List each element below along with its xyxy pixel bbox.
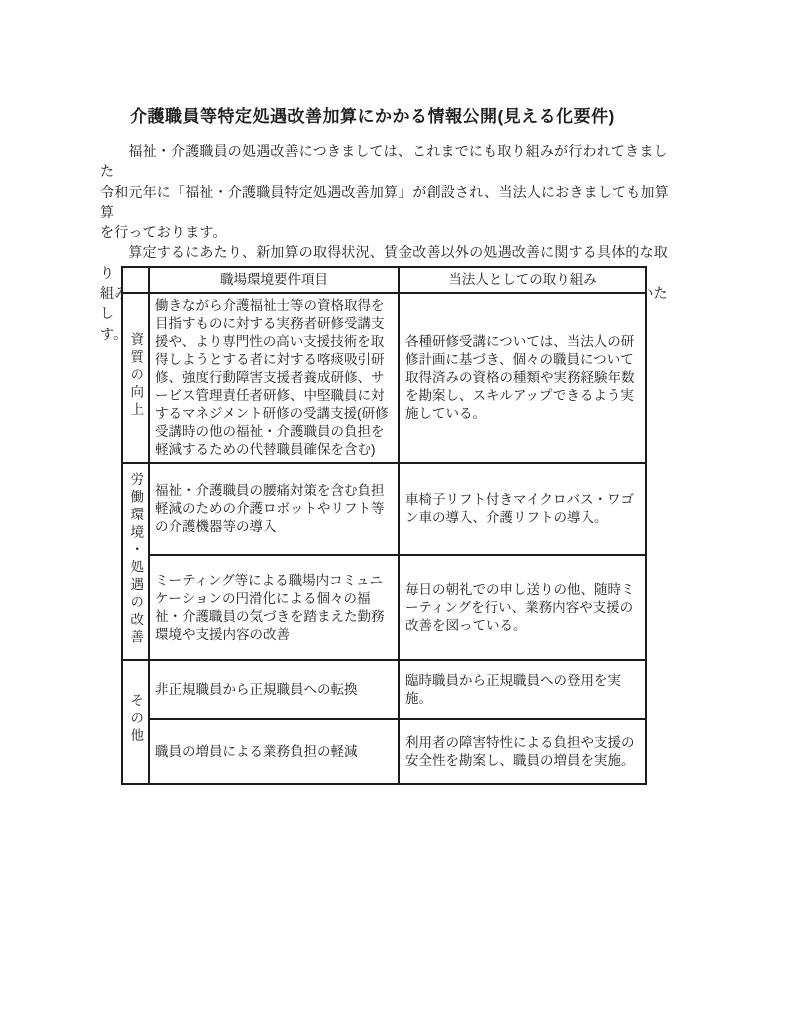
requirement-cell: 働きながら介護福祉士等の資格取得を目指すものに対する実務者研修受講支援や、より専… [149,293,399,463]
table-row: その他 非正規職員から正規職員への転換 臨時職員から正規職員への登用を実施。 [122,660,646,719]
requirement-cell: 職員の増員による業務負担の軽減 [149,719,399,784]
requirement-cell: 非正規職員から正規職員への転換 [149,660,399,719]
category-label: 労働環境・処遇の改善 [129,472,143,647]
category-label: 資質の向上 [129,332,143,420]
header-category-blank [122,267,149,293]
workplace-requirements-table: 職場環境要件項目 当法人としての取り組み 資質の向上 働きながら介護福祉士等の資… [121,266,647,785]
category-cell-rodokankyo: 労働環境・処遇の改善 [122,463,149,660]
category-cell-shishitsu: 資質の向上 [122,293,149,463]
table-row: 労働環境・処遇の改善 福祉・介護職員の腰痛対策を含む負担軽減のための介護ロボット… [122,463,646,555]
initiative-cell: 利用者の障害特性による負担や支援の安全性を勘案し、職員の増員を実施。 [399,719,646,784]
intro-paragraph-1: 福祉・介護職員の処遇改善につきましては、これまでにも取り組みが行われてきました … [100,141,670,242]
table-row: ミーティング等による職場内コミュニケーションの円滑化による個々の福祉・介護職員の… [122,555,646,660]
document-page: 介護職員等特定処遇改善加算にかかる情報公開(見える化要件) 福祉・介護職員の処遇… [0,0,791,1024]
page-title: 介護職員等特定処遇改善加算にかかる情報公開(見える化要件) [130,102,615,127]
initiative-cell: 車椅子リフト付きマイクロバス・ワゴン車の導入、介護リフトの導入。 [399,463,646,555]
requirement-cell: 福祉・介護職員の腰痛対策を含む負担軽減のための介護ロボットやリフト等の介護機器等… [149,463,399,555]
header-initiative: 当法人としての取り組み [399,267,646,293]
table-header-row: 職場環境要件項目 当法人としての取り組み [122,267,646,293]
header-requirement: 職場環境要件項目 [149,267,399,293]
initiative-cell: 各種研修受講については、当法人の研修計画に基づき、個々の職員について取得済みの資… [399,293,646,463]
initiative-cell: 臨時職員から正規職員への登用を実施。 [399,660,646,719]
requirement-cell: ミーティング等による職場内コミュニケーションの円滑化による個々の福祉・介護職員の… [149,555,399,660]
category-label: その他 [129,693,143,746]
table-row: 資質の向上 働きながら介護福祉士等の資格取得を目指すものに対する実務者研修受講支… [122,293,646,463]
table-row: 職員の増員による業務負担の軽減 利用者の障害特性による負担や支援の安全性を勘案し… [122,719,646,784]
category-cell-sonota: その他 [122,660,149,784]
initiative-cell: 毎日の朝礼での申し送りの他、随時ミーティングを行い、業務内容や支援の改善を図って… [399,555,646,660]
